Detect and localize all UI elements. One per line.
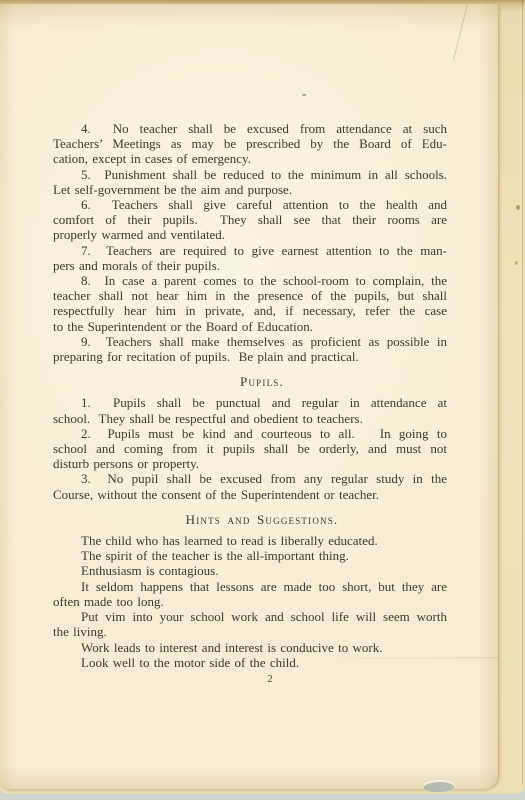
text-line: cation, except in cases of emergency. (53, 151, 447, 166)
text-line: Let self-government be the aim and purpo… (53, 182, 447, 197)
text-line: The spirit of the teacher is the all-imp… (53, 548, 447, 563)
paragraph: It seldom happens that lessons are made … (53, 579, 447, 609)
text-line: Look well to the motor side of the child… (53, 655, 447, 670)
text-line: 3. No pupil shall be excused from any re… (53, 471, 447, 486)
text-line: Put vim into your school work and school… (53, 609, 447, 624)
paragraph: 4. No teacher shall be excused from atte… (53, 121, 447, 167)
text-line: Teachers’ Meetings as may be prescribed … (53, 136, 447, 151)
text-line: comfort of their pupils. They shall see … (53, 212, 447, 227)
text-line: 6. Teachers shall give careful attention… (53, 197, 447, 212)
text-line: the living. (53, 624, 447, 639)
paragraph: 2. Pupils must be kind and courteous to … (53, 426, 447, 472)
scanned-booklet-photo: - 4. No teacher shall be excused from at… (0, 0, 525, 800)
text-line: teacher shall not hear him in the presen… (53, 288, 447, 303)
text-line: 5. Punishment shall be reduced to the mi… (53, 167, 447, 182)
section-heading: Pupils. (65, 374, 459, 389)
text-block: 4. No teacher shall be excused from atte… (53, 121, 447, 670)
text-line: Work leads to interest and interest is c… (53, 640, 447, 655)
text-line: properly warmed and ventilated. (53, 227, 447, 242)
text-line: The child who has learned to read is lib… (53, 533, 447, 548)
paragraph: 1. Pupils shall be punctual and regular … (53, 395, 447, 425)
text-line: school. They shall be respectful and obe… (53, 411, 447, 426)
text-line: 8. In case a parent comes to the school-… (53, 273, 447, 288)
text-line: respectfully hear him in private, and, i… (53, 303, 447, 318)
text-line: 2. Pupils must be kind and courteous to … (53, 426, 447, 441)
text-line: 9. Teachers shall make themselves as pro… (53, 334, 447, 349)
paragraph: Put vim into your school work and school… (53, 609, 447, 639)
text-line: preparing for recitation of pupils. Be p… (53, 349, 447, 364)
paragraph: Look well to the motor side of the child… (53, 655, 447, 670)
text-line: 1. Pupils shall be punctual and regular … (53, 395, 447, 410)
paragraph: 8. In case a parent comes to the school-… (53, 273, 447, 334)
pencil-mark: - (302, 88, 315, 103)
paragraph: 7. Teachers are required to give earnest… (53, 243, 447, 273)
page-number: 2 (258, 673, 282, 685)
paper-speck (516, 205, 520, 210)
text-line: school and coming from it pupils shall b… (53, 441, 447, 456)
paragraph: 9. Teachers shall make themselves as pro… (53, 334, 447, 364)
paragraph: 5. Punishment shall be reduced to the mi… (53, 167, 447, 197)
text-line: Course, without the consent of the Super… (53, 487, 447, 502)
text-line: disturb persons or property. (53, 456, 447, 471)
page-corner-crease (453, 4, 468, 61)
underlying-page-edge (522, 0, 523, 784)
text-line: to the Superintendent or the Board of Ed… (53, 319, 447, 334)
text-line: 7. Teachers are required to give earnest… (53, 243, 447, 258)
text-line: 4. No teacher shall be excused from atte… (53, 121, 447, 136)
text-line: often made too long. (53, 594, 447, 609)
document-page: - 4. No teacher shall be excused from at… (0, 4, 499, 789)
paragraph: Enthusiasm is contagious. (53, 563, 447, 578)
paragraph: The child who has learned to read is lib… (53, 533, 447, 548)
text-line: pers and morals of their pupils. (53, 258, 447, 273)
paper-speck (515, 261, 518, 265)
text-line: Enthusiasm is contagious. (53, 563, 447, 578)
paragraph: Work leads to interest and interest is c… (53, 640, 447, 655)
paragraph: The spirit of the teacher is the all-imp… (53, 548, 447, 563)
paragraph: 6. Teachers shall give careful attention… (53, 197, 447, 243)
text-line: It seldom happens that lessons are made … (53, 579, 447, 594)
paragraph: 3. No pupil shall be excused from any re… (53, 471, 447, 501)
section-heading: Hints and Suggestions. (65, 512, 459, 527)
